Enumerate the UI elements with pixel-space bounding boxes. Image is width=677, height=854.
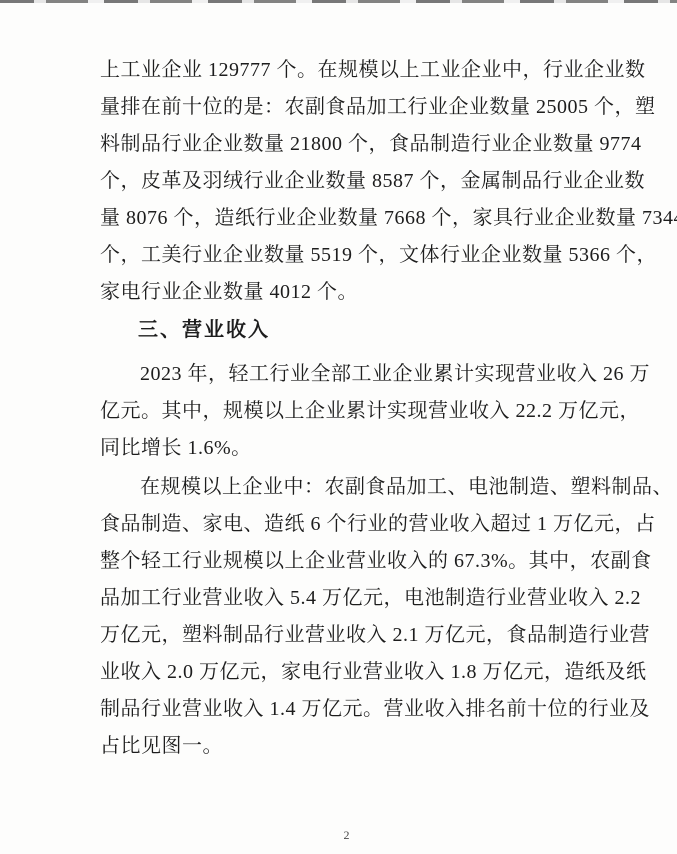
body-line: 整个轻工行业规模以上企业营业收入的 67.3%。其中，农副食 [100,543,620,580]
body-line: 占比见图一。 [100,728,620,765]
body-line: 业收入 2.0 万亿元，家电行业营业收入 1.8 万亿元，造纸及纸 [100,654,620,691]
document-text-block: 上工业企业 129777 个。在规模以上工业企业中，行业企业数 量排在前十位的是… [100,52,620,765]
paragraph-enterprise-counts: 上工业企业 129777 个。在规模以上工业企业中，行业企业数 量排在前十位的是… [100,52,620,311]
body-line: 家电行业企业数量 4012 个。 [100,274,620,311]
body-line: 料制品行业企业数量 21800 个，食品制造行业企业数量 9774 [100,126,620,163]
body-line: 食品制造、家电、造纸 6 个行业的营业收入超过 1 万亿元，占 [100,506,620,543]
body-line: 量 8076 个，造纸行业企业数量 7668 个，家具行业企业数量 7344 [100,200,620,237]
section-heading: 三、营业收入 [100,312,620,349]
body-line: 亿元。其中，规模以上企业累计实现营业收入 22.2 万亿元， [100,393,620,430]
body-line: 2023 年，轻工行业全部工业企业累计实现营业收入 26 万 [100,356,620,393]
body-line: 品加工行业营业收入 5.4 万亿元，电池制造行业营业收入 2.2 [100,580,620,617]
document-page: 上工业企业 129777 个。在规模以上工业企业中，行业企业数 量排在前十位的是… [0,0,677,854]
scan-edge-artifact [0,0,677,3]
paragraph-revenue-total: 2023 年，轻工行业全部工业企业累计实现营业收入 26 万 亿元。其中，规模以… [100,356,620,467]
body-line: 万亿元，塑料制品行业营业收入 2.1 万亿元，食品制造行业营 [100,617,620,654]
body-line: 同比增长 1.6%。 [100,430,620,467]
body-line: 在规模以上企业中：农副食品加工、电池制造、塑料制品、 [100,469,620,506]
body-line: 个，皮革及羽绒行业企业数量 8587 个，金属制品行业企业数 [100,163,620,200]
page-number: 2 [8,828,677,843]
body-line: 制品行业营业收入 1.4 万亿元。营业收入排名前十位的行业及 [100,691,620,728]
body-line: 个，工美行业企业数量 5519 个，文体行业企业数量 5366 个， [100,237,620,274]
body-line: 上工业企业 129777 个。在规模以上工业企业中，行业企业数 [100,52,620,89]
paragraph-revenue-by-industry: 在规模以上企业中：农副食品加工、电池制造、塑料制品、 食品制造、家电、造纸 6 … [100,469,620,765]
body-line: 量排在前十位的是：农副食品加工行业企业数量 25005 个，塑 [100,89,620,126]
